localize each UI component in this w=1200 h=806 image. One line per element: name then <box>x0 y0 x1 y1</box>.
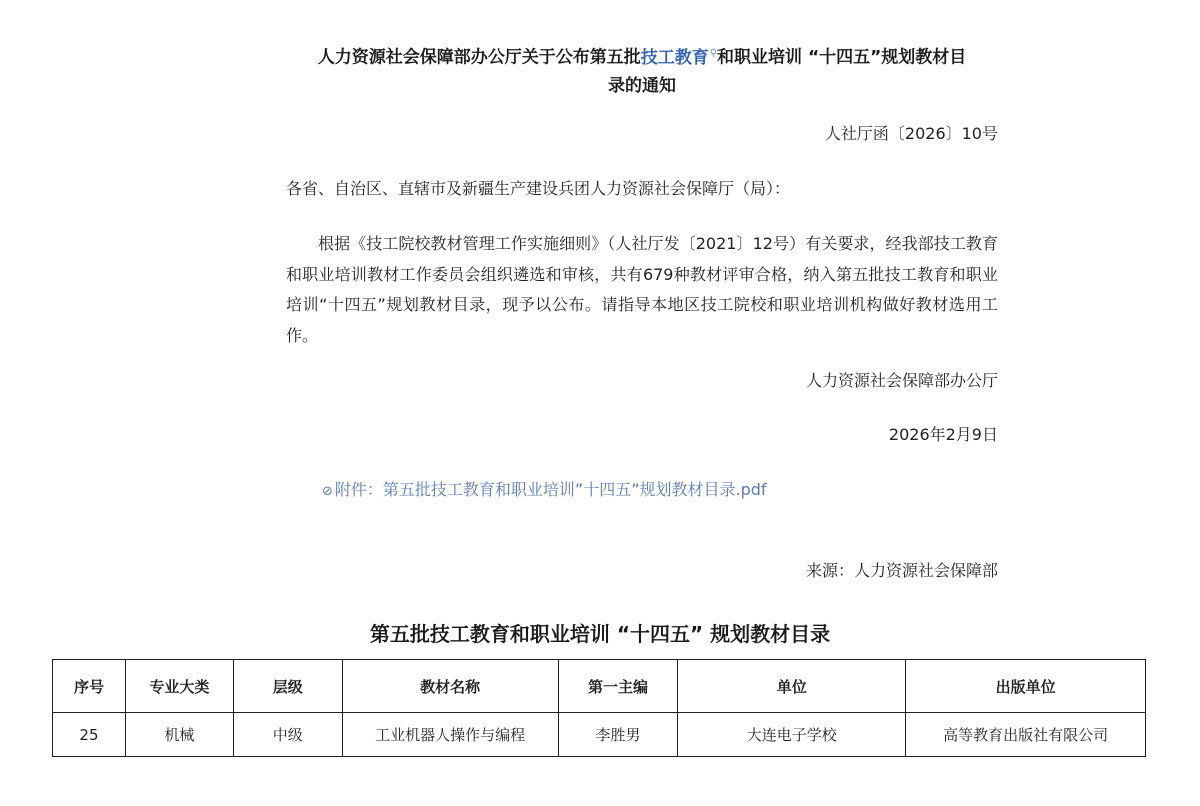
catalog-title: 第五批技工教育和职业培训 “十四五” 规划教材目录 <box>0 618 1200 650</box>
table-header-row: 序号 专业大类 层级 教材名称 第一主编 单位 出版单位 <box>53 660 1146 713</box>
cell-institution: 大连电子学校 <box>678 713 906 757</box>
cell-chief-editor: 李胜男 <box>558 713 678 757</box>
search-icon: ⚲ <box>710 48 717 59</box>
attachment-link[interactable]: ⊘附件：第五批技工教育和职业培训”十四五”规划教材目录.pdf <box>322 476 922 506</box>
header-chief-editor: 第一主编 <box>558 660 678 713</box>
title-text-part1: 人力资源社会保障部办公厅关于公布第五批 <box>318 48 641 68</box>
paperclip-icon: ⊘ <box>322 484 333 499</box>
addressee: 各省、自治区、直辖市及新疆生产建设兵团人力资源社会保障厅（局）： <box>286 175 998 203</box>
cell-publisher: 高等教育出版社有限公司 <box>906 713 1146 757</box>
keyword-link[interactable]: 技工教育⚲ <box>641 48 717 68</box>
body-paragraph: 根据《技工院校教材管理工作实施细则》（人社厅发〔2021〕12号）有关要求，经我… <box>286 229 998 351</box>
title-text-part2: 和职业培训 “十四五”规划教材目 <box>717 48 966 68</box>
document-number: 人社厅函〔2026〕10号 <box>286 120 998 148</box>
header-institution: 单位 <box>678 660 906 713</box>
cell-level: 中级 <box>233 713 342 757</box>
cell-category: 机械 <box>125 713 233 757</box>
keyword-link-text: 技工教育 <box>641 48 709 68</box>
header-textbook-name: 教材名称 <box>342 660 558 713</box>
title-text-line2: 录的通知 <box>608 76 676 96</box>
table-row: 25 机械 中级 工业机器人操作与编程 李胜男 大连电子学校 高等教育出版社有限… <box>53 713 1146 757</box>
source: 来源：人力资源社会保障部 <box>286 557 998 585</box>
attachment-label: 附件：第五批技工教育和职业培训”十四五”规划教材目录.pdf <box>335 480 767 499</box>
catalog-table: 序号 专业大类 层级 教材名称 第一主编 单位 出版单位 25 机械 中级 工业… <box>52 659 1146 757</box>
issuer: 人力资源社会保障部办公厅 <box>286 367 998 395</box>
issue-date: 2026年2月9日 <box>286 421 998 449</box>
notice-title: 人力资源社会保障部办公厅关于公布第五批技工教育⚲和职业培训 “十四五”规划教材目… <box>286 40 998 100</box>
cell-textbook-name: 工业机器人操作与编程 <box>342 713 558 757</box>
header-category: 专业大类 <box>125 660 233 713</box>
header-publisher: 出版单位 <box>906 660 1146 713</box>
cell-index: 25 <box>53 713 126 757</box>
header-level: 层级 <box>233 660 342 713</box>
header-index: 序号 <box>53 660 126 713</box>
